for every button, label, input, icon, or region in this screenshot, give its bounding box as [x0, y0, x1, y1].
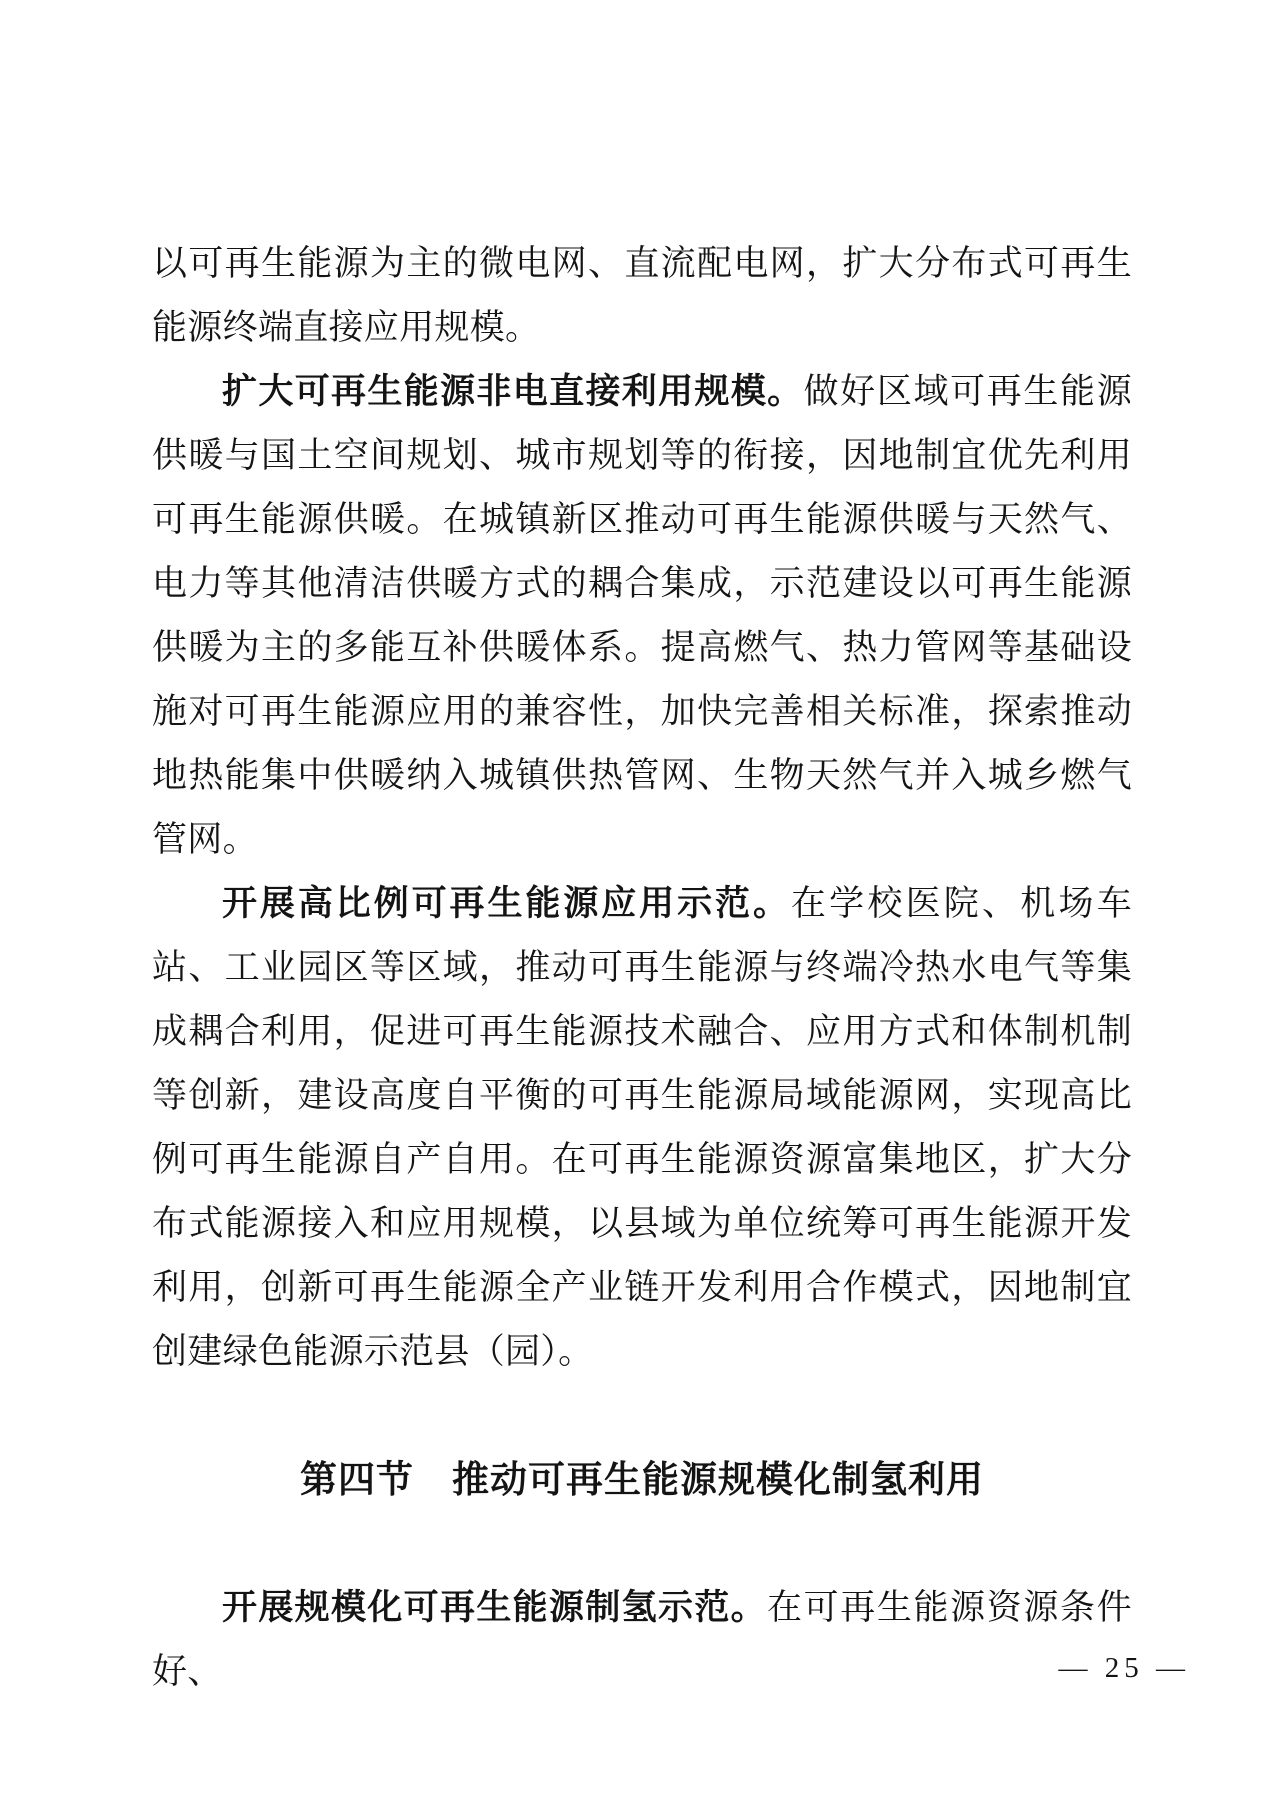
- page-number: — 25 —: [1059, 1648, 1191, 1688]
- paragraph-text: 以可再生能源为主的微电网、直流配电网，扩大分布式可再生能源终端直接应用规模。: [152, 244, 1132, 347]
- paragraph-hydrogen-demo: 开展规模化可再生能源制氢示范。在可再生能源资源条件好、: [152, 1576, 1132, 1704]
- paragraph-text: 做好区域可再生能源供暖与国土空间规划、城市规划等的衔接，因地制宜优先利用可再生能…: [152, 372, 1132, 859]
- paragraph-lead-bold: 开展高比例可再生能源应用示范。: [222, 884, 791, 923]
- paragraph-text: 在学校医院、机场车站、工业园区等区域，推动可再生能源与终端冷热水电气等集成耦合利…: [152, 884, 1132, 1371]
- paragraph-high-proportion-demo: 开展高比例可再生能源应用示范。在学校医院、机场车站、工业园区等区域，推动可再生能…: [152, 872, 1132, 1384]
- paragraph-lead-bold: 开展规模化可再生能源制氢示范。: [222, 1588, 767, 1627]
- document-page: 以可再生能源为主的微电网、直流配电网，扩大分布式可再生能源终端直接应用规模。 扩…: [0, 0, 1273, 1800]
- paragraph-continuation: 以可再生能源为主的微电网、直流配电网，扩大分布式可再生能源终端直接应用规模。: [152, 232, 1132, 360]
- section-heading: 第四节 推动可再生能源规模化制氢利用: [152, 1448, 1132, 1512]
- document-body: 以可再生能源为主的微电网、直流配电网，扩大分布式可再生能源终端直接应用规模。 扩…: [152, 232, 1132, 1704]
- paragraph-lead-bold: 扩大可再生能源非电直接利用规模。: [222, 372, 804, 411]
- paragraph-expand-non-electric-use: 扩大可再生能源非电直接利用规模。做好区域可再生能源供暖与国土空间规划、城市规划等…: [152, 360, 1132, 872]
